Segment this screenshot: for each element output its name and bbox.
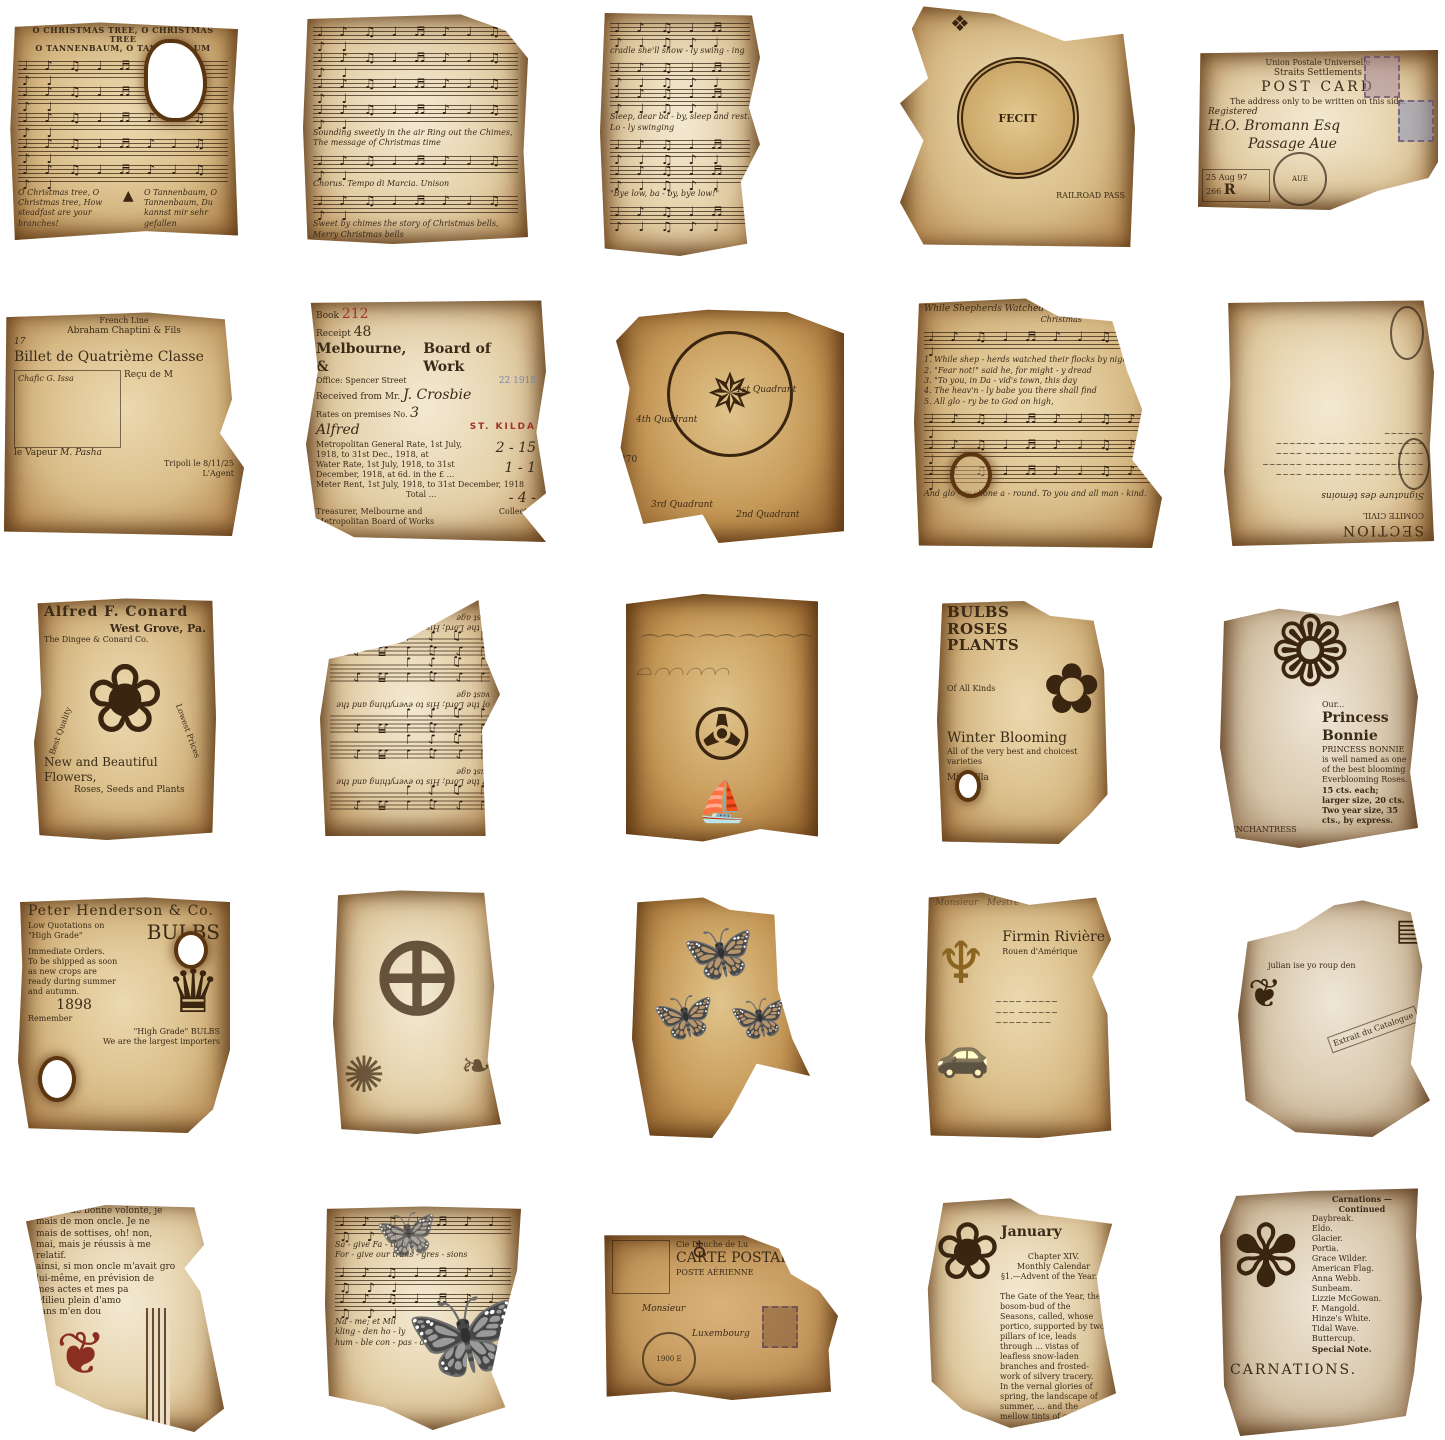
carnation-entry: Buttercup. [1312, 1334, 1412, 1344]
sticker-bulbs-roses-plants: Bulbs Roses Plants Of All Kinds ✿ Winter… [937, 596, 1111, 844]
registration-label: 25 Aug 97 266 R [1202, 169, 1270, 202]
sticker-butterfly-music: Sa - give Fa - ther in For - give our tr… [325, 1202, 521, 1430]
lyrics-verse: O Christmas tree, O Christmas tree, How … [18, 188, 113, 230]
sticker-upside-down-document: SECTION COMITE CIVIL Signature des témoi… [1224, 298, 1434, 546]
catalog-location: West Grove, Pa. [44, 622, 206, 636]
almanac-paragraph: In the vernal glories of spring, the lan… [934, 1382, 1106, 1422]
sticker-celestial-map: ⊕ ✺ ❧ [333, 888, 501, 1134]
postmark [1398, 438, 1430, 490]
receipt-meter-rent: Meter Rent, 1st July, 1918, to 31st Dece… [316, 480, 536, 490]
carnation-flower-icon: ✾ [1230, 1214, 1312, 1354]
lyrics-line: Chorus. Tempo di Marcia. Unison [313, 179, 518, 189]
hymn-verse: 4. The heav'n - ly babe you there shall … [924, 386, 1152, 396]
receipt-office: Office: Spencer Street [316, 376, 407, 387]
burn-ring [954, 456, 988, 494]
passenger-table: Chafic G. Issa [14, 370, 121, 448]
receipt-water-rate: Water Rate, 1st July, 1918, to 31st Dece… [316, 460, 481, 480]
french-text-line: mais de mon oncle. Je ne [36, 1217, 214, 1228]
collage-text: julian ise yo roup den [1248, 961, 1420, 971]
rose-name: Princess Bonnie [1230, 710, 1408, 745]
lyrics-line: of the Lord; His to everything and the v… [330, 766, 490, 787]
month-title: January [1001, 1224, 1106, 1242]
music-staff [313, 24, 518, 46]
lyrics-line: Sounding sweetly in the air Ring out the… [313, 128, 518, 149]
butterfly-icon: 🦋 [375, 1204, 437, 1263]
receipt-signature: Alfred [316, 422, 360, 440]
sticker-january-almanac: ❀ January Chapter XIV. Monthly Calendar … [924, 1196, 1116, 1428]
music-staff [610, 86, 750, 108]
sticker-shepherds-music: While Shepherds Watched Christmas 1. Whi… [914, 296, 1162, 548]
quadrant-label: 3rd Quadrant [651, 500, 713, 511]
flower-bouquet-icon: ✿ [1042, 654, 1101, 724]
receipt-premises: Rates on premises No. 3 [316, 405, 536, 423]
ticket-number: 17 [14, 337, 234, 348]
document-section-title: SECTION [1234, 521, 1424, 539]
remember-label: Remember [28, 1014, 120, 1024]
catalog-footer-title: CARNATIONS. [1230, 1362, 1412, 1380]
music-staff [330, 637, 490, 659]
carnation-entry: Lizzie McGowan. [1312, 1294, 1412, 1304]
book-number: Book 212 [316, 306, 536, 324]
lyrics-line: "Bye low, ba - by, bye low!" [610, 189, 750, 199]
sticker-princess-bonnie: ❁ Our... Princess Bonnie PRINCESS BONNIE… [1220, 596, 1418, 848]
ticket-company: Abraham Chaptini & Fils [14, 326, 234, 337]
handwriting-addressee: H.O. Bromann Esq [1208, 118, 1428, 136]
lady-illustration-icon: ♛ [166, 957, 220, 1027]
music-staff [330, 663, 490, 685]
catalog-footer: All of the very best and choicest variet… [947, 747, 1101, 767]
cameo-brooch-icon: ❖ [950, 12, 970, 37]
sticker-clock-collage: ❖ FECIT RAILROAD PASS [900, 4, 1135, 252]
sticker-christmas-tree-music: O Christmas Tree, O Christmas Tree O Tan… [8, 18, 238, 240]
receipt-header-right: Board of Work [423, 341, 536, 376]
postage-stamp [762, 1306, 798, 1348]
carnation-entry: Eldo. [1312, 1224, 1412, 1234]
sticker-inverted-music: of the Lord; His to everything and the v… [320, 600, 500, 836]
receipt-general-rate: Metropolitan General Rate, 1st July, 191… [316, 440, 481, 460]
red-rose-icon: ❦ [56, 1319, 106, 1389]
catalog-item: Of All Kinds [947, 684, 995, 724]
carnation-entry: Tidal Wave. [1312, 1324, 1412, 1334]
postcard-instruction: The address only to be written on this s… [1208, 97, 1428, 107]
catalog-year: 1898 [28, 997, 120, 1015]
sticker-conard-roses: Alfred F. Conard West Grove, Pa. The Din… [34, 596, 216, 840]
column-pillar [146, 1308, 170, 1432]
chandelier-icon: ♆ [935, 929, 987, 997]
continent-outlines: ⌒⌒⌒ ⌒⌒ ⌒⌒⌒⌒⌓ ⌒⌒ ⌒⌒⌒ [636, 632, 808, 680]
astrolabe-icon: ✺ [343, 1046, 385, 1104]
catalog-heading-roses: Roses [947, 621, 1101, 638]
postcard-airmail: POSTE AÉRIENNE [676, 1268, 828, 1278]
music-staff [610, 20, 750, 42]
music-staff [330, 740, 490, 762]
catalog-header: Carnations — Continued [1312, 1194, 1412, 1214]
rose-illustration-icon: ❁ [1270, 604, 1350, 700]
sailing-ship-icon: ⛵ [697, 778, 747, 825]
firm-subtitle: Rouen d'Amérique [1002, 947, 1105, 957]
french-text-line: mais de sottises, oh! non, [36, 1229, 214, 1240]
lyrics-line: of the Lord; His to everything and the v… [330, 612, 490, 633]
rose-price: 15 cts. each; larger size, 20 cts. Two y… [1230, 785, 1408, 825]
music-staff [924, 437, 1152, 459]
burn-hole [42, 1060, 72, 1098]
quotation-line: Low Quotations on "High Grade" [28, 921, 124, 943]
catalog-intro: Our... [1230, 700, 1408, 710]
postage-stamp [1398, 100, 1434, 142]
christmas-tree-icon: ▲ [123, 188, 134, 230]
sticker-postcard-straits: Union Postale Universelle Straits Settle… [1198, 50, 1438, 210]
music-staff [924, 411, 1152, 433]
music-staff [313, 50, 518, 72]
moth-icon: ❦ [1248, 971, 1282, 1038]
lyrics-verse: O Tannenbaum, O Tannenbaum, Du kannst mi… [144, 188, 228, 230]
catalog-headline: Winter Blooming [947, 730, 1101, 748]
hymn-verse: 2. "Fear not!" said he, for might - y dr… [924, 366, 1152, 376]
quadrant-label: 1st Quadrant [736, 385, 796, 396]
sticker-ticket-billet: French Line Abraham Chaptini & Fils 17 B… [4, 308, 244, 536]
sticker-butterfly-collage: 🦋 🦋 🦋 [632, 890, 810, 1138]
butterfly-icon: 🦋 [682, 918, 754, 987]
side-text: We are the largest importers [28, 1037, 220, 1047]
sticker-world-map: ⌒⌒⌒ ⌒⌒ ⌒⌒⌒⌒⌓ ⌒⌒ ⌒⌒⌒ ✇ ⛵ [626, 594, 818, 844]
music-staff [313, 76, 518, 98]
carnation-entry: American Flag. [1312, 1264, 1412, 1274]
sticker-henderson-bulbs: Peter Henderson & Co. Low Quotations on … [18, 895, 230, 1133]
sticker-lullaby-music: cradle she'll show - ly swing - ing Slee… [600, 8, 760, 256]
music-staff [330, 714, 490, 736]
lyrics-line: Sweet by chimes the story of Christmas b… [313, 219, 518, 240]
firm-name: Firmin Rivière [1002, 929, 1105, 947]
french-text-line: Milieu plein d'amo [36, 1296, 214, 1307]
postmark [1390, 306, 1424, 360]
catalog-footer-2: Roses, Seeds and Plants [44, 785, 206, 796]
hymn-title: While Shepherds Watched [924, 304, 1044, 315]
receipt-suburb: ST. KILDA [470, 422, 536, 440]
burn-hole [178, 935, 204, 965]
hymn-tempo: Christmas [924, 315, 1152, 325]
catalog-footer: New and Beautiful Flowers, [44, 755, 206, 785]
french-text-line: ainsi, si mon oncle m'avait gro [36, 1262, 214, 1273]
book-icon: ❧ [461, 1046, 491, 1104]
rose-variety: ENCHANTRESS [1230, 825, 1408, 835]
music-staff [610, 137, 750, 159]
sticker-carnations-catalog: ✾ Carnations — Continued Daybreak. Eldo.… [1220, 1186, 1422, 1436]
postage-stamp [1364, 56, 1400, 98]
music-staff [18, 136, 228, 158]
handwriting-address: Passage Aue [1208, 136, 1428, 154]
bearing-label: 270 [620, 455, 637, 466]
sticker-airmail-postcard: Cie Douche de Lu CARTE POSTALE POSTE AÉR… [602, 1232, 838, 1400]
music-staff [313, 153, 518, 175]
butterfly-icon: 🦋 [729, 990, 786, 1045]
carnation-entry: Portia. [1312, 1244, 1412, 1254]
hymn-verse: 3. "To you, in Da - vid's town, this day [924, 376, 1152, 386]
postmark: AUE [1273, 152, 1327, 206]
sticker-chandelier-collage: Monsieur Mestre ♆ Firmin Rivière Rouen d… [925, 890, 1115, 1138]
script-text: Monsieur Mestre [935, 898, 1105, 909]
butterfly-icon: 🦋 [652, 987, 714, 1046]
music-staff [313, 193, 518, 215]
ticket-line-name: French Line [14, 316, 234, 326]
handwriting-registered: Registered [1208, 107, 1428, 118]
lyrics-line: Sleep, dear ba - by, sleep and rest. Lo … [610, 112, 750, 133]
hot-air-balloon-icon: ♁ [692, 1236, 707, 1260]
sticker-receipt-melbourne: Book 212 Receipt 48 Melbourne, & Board o… [306, 298, 546, 542]
sticker-mixed-collage: julian ise yo roup den ❦ Extrait du Cata… [1238, 893, 1430, 1137]
carnation-entry: Grace Wilder. [1312, 1254, 1412, 1264]
side-title: "High Grade" BULBS [28, 1027, 220, 1037]
celestial-globe-icon: ⊕ [367, 916, 468, 1036]
carnation-entry: Daybreak. [1312, 1214, 1412, 1224]
ticket-steamer-field: le Vapeur M. Pasha [14, 448, 234, 459]
calendar-label: Monthly Calendar [1001, 1262, 1106, 1272]
railroad-pass-label: RAILROAD PASS [910, 191, 1125, 201]
hymn-verse: 1. While shep - herds watched their floc… [924, 355, 1152, 365]
music-staff [610, 60, 750, 82]
sticker-nautical-chart: ✵ 4th Quadrant 1st Quadrant 3rd Quadrant… [616, 305, 844, 543]
ticket-received-field: Reçu de M [124, 370, 234, 448]
burn-hole [148, 43, 203, 118]
company-name: Peter Henderson & Co. [28, 903, 220, 921]
chapter-label: Chapter XIV. [1001, 1252, 1106, 1262]
receipt-date-stamp: 22 1918 [499, 376, 536, 387]
stacked-books-icon: ▤ [1396, 913, 1424, 948]
carnation-entry: Sunbeam. [1312, 1284, 1412, 1294]
clock-face-icon: FECIT [957, 57, 1079, 179]
lyrics-line: cradle she'll show - ly swing - ing [610, 46, 750, 56]
music-staff [330, 790, 490, 812]
french-text-line: relatif. [36, 1251, 214, 1262]
carnation-entry: Glacier. [1312, 1234, 1412, 1244]
vignette-illustration [612, 1240, 670, 1294]
catalogue-label: Extrait du Catalogue [1327, 1006, 1420, 1054]
hymn-verse: 5. All glo - ry be to God on high, [924, 397, 1152, 407]
compass-wheel-icon: ✇ [693, 700, 752, 770]
special-note: Special Note. [1312, 1344, 1412, 1354]
receipt-footer: Treasurer, Melbourne and Metropolitan Bo… [316, 507, 448, 527]
music-staff [924, 329, 1152, 351]
vintage-car-icon: 🚗 [935, 1028, 990, 1080]
song-subtitle: O Tannenbaum, O Tannenbaum [18, 44, 228, 53]
music-staff [610, 204, 750, 226]
french-text-line: un peu de bonne volonté, je [36, 1206, 214, 1217]
ticket-date: Tripoli le 8/11/25 [14, 459, 234, 469]
rose-description: PRINCESS BONNIE is well named as one of … [1230, 745, 1408, 785]
french-text-line: mai, mais je réussis à me [36, 1240, 214, 1251]
snowdrop-flower-icon: ❀ [934, 1212, 1001, 1292]
carnation-entry: Anna Webb. [1312, 1274, 1412, 1284]
french-text-line: mes actes et mes pa [36, 1285, 214, 1296]
carnation-entry: F. Mangold. [1312, 1304, 1412, 1314]
sticker-christmas-chimes-music: Sounding sweetly in the air Ring out the… [303, 12, 528, 244]
ticket-title: Billet de Quatrième Classe [14, 349, 234, 367]
document-script: Signature des témoins [1234, 489, 1424, 500]
music-staff [313, 102, 518, 124]
carnation-entry: Hinze's White. [1312, 1314, 1412, 1324]
shipping-text: To be shipped as soon as new crops are r… [28, 957, 120, 997]
ticket-agent: L'Agent [14, 469, 234, 479]
almanac-section: §1.—Advent of the Year. [1001, 1272, 1106, 1282]
swallowtail-butterfly-icon: 🦋 [405, 1282, 517, 1387]
quadrant-label: 2nd Quadrant [736, 510, 800, 521]
quadrant-label: 4th Quadrant [636, 415, 697, 426]
receipt-number: Receipt 48 [316, 324, 536, 342]
music-staff [18, 110, 228, 132]
catalog-title: Alfred F. Conard [44, 604, 206, 622]
document-subtitle: COMITE CIVIL [1234, 511, 1424, 521]
song-title: O Christmas Tree, O Christmas Tree [18, 26, 228, 44]
french-text-line: lui-même, en prévision de [36, 1274, 214, 1285]
hymn-refrain: And glo - ry shone a - round. To you and… [924, 489, 1152, 499]
receipt-total: Total ... [316, 490, 436, 508]
french-text-line: sans m'en dou [36, 1307, 214, 1318]
catalog-heading-bulbs: Bulbs [947, 604, 1101, 621]
receipt-received-from: Received from Mr. J. Crosbie [316, 387, 536, 405]
receipt-header-left: Melbourne, & [316, 341, 423, 376]
sticker-french-text-collage: un peu de bonne volonté, je mais de mon … [26, 1198, 224, 1432]
music-staff [18, 162, 228, 184]
almanac-paragraph: The Gate of the Year, the bosom-bud of t… [934, 1292, 1106, 1382]
postmark: 1900 E [642, 1332, 696, 1386]
music-staff [610, 163, 750, 185]
burn-hole [959, 774, 977, 798]
lyrics-line: of the Lord; His to everything and the v… [330, 689, 490, 710]
